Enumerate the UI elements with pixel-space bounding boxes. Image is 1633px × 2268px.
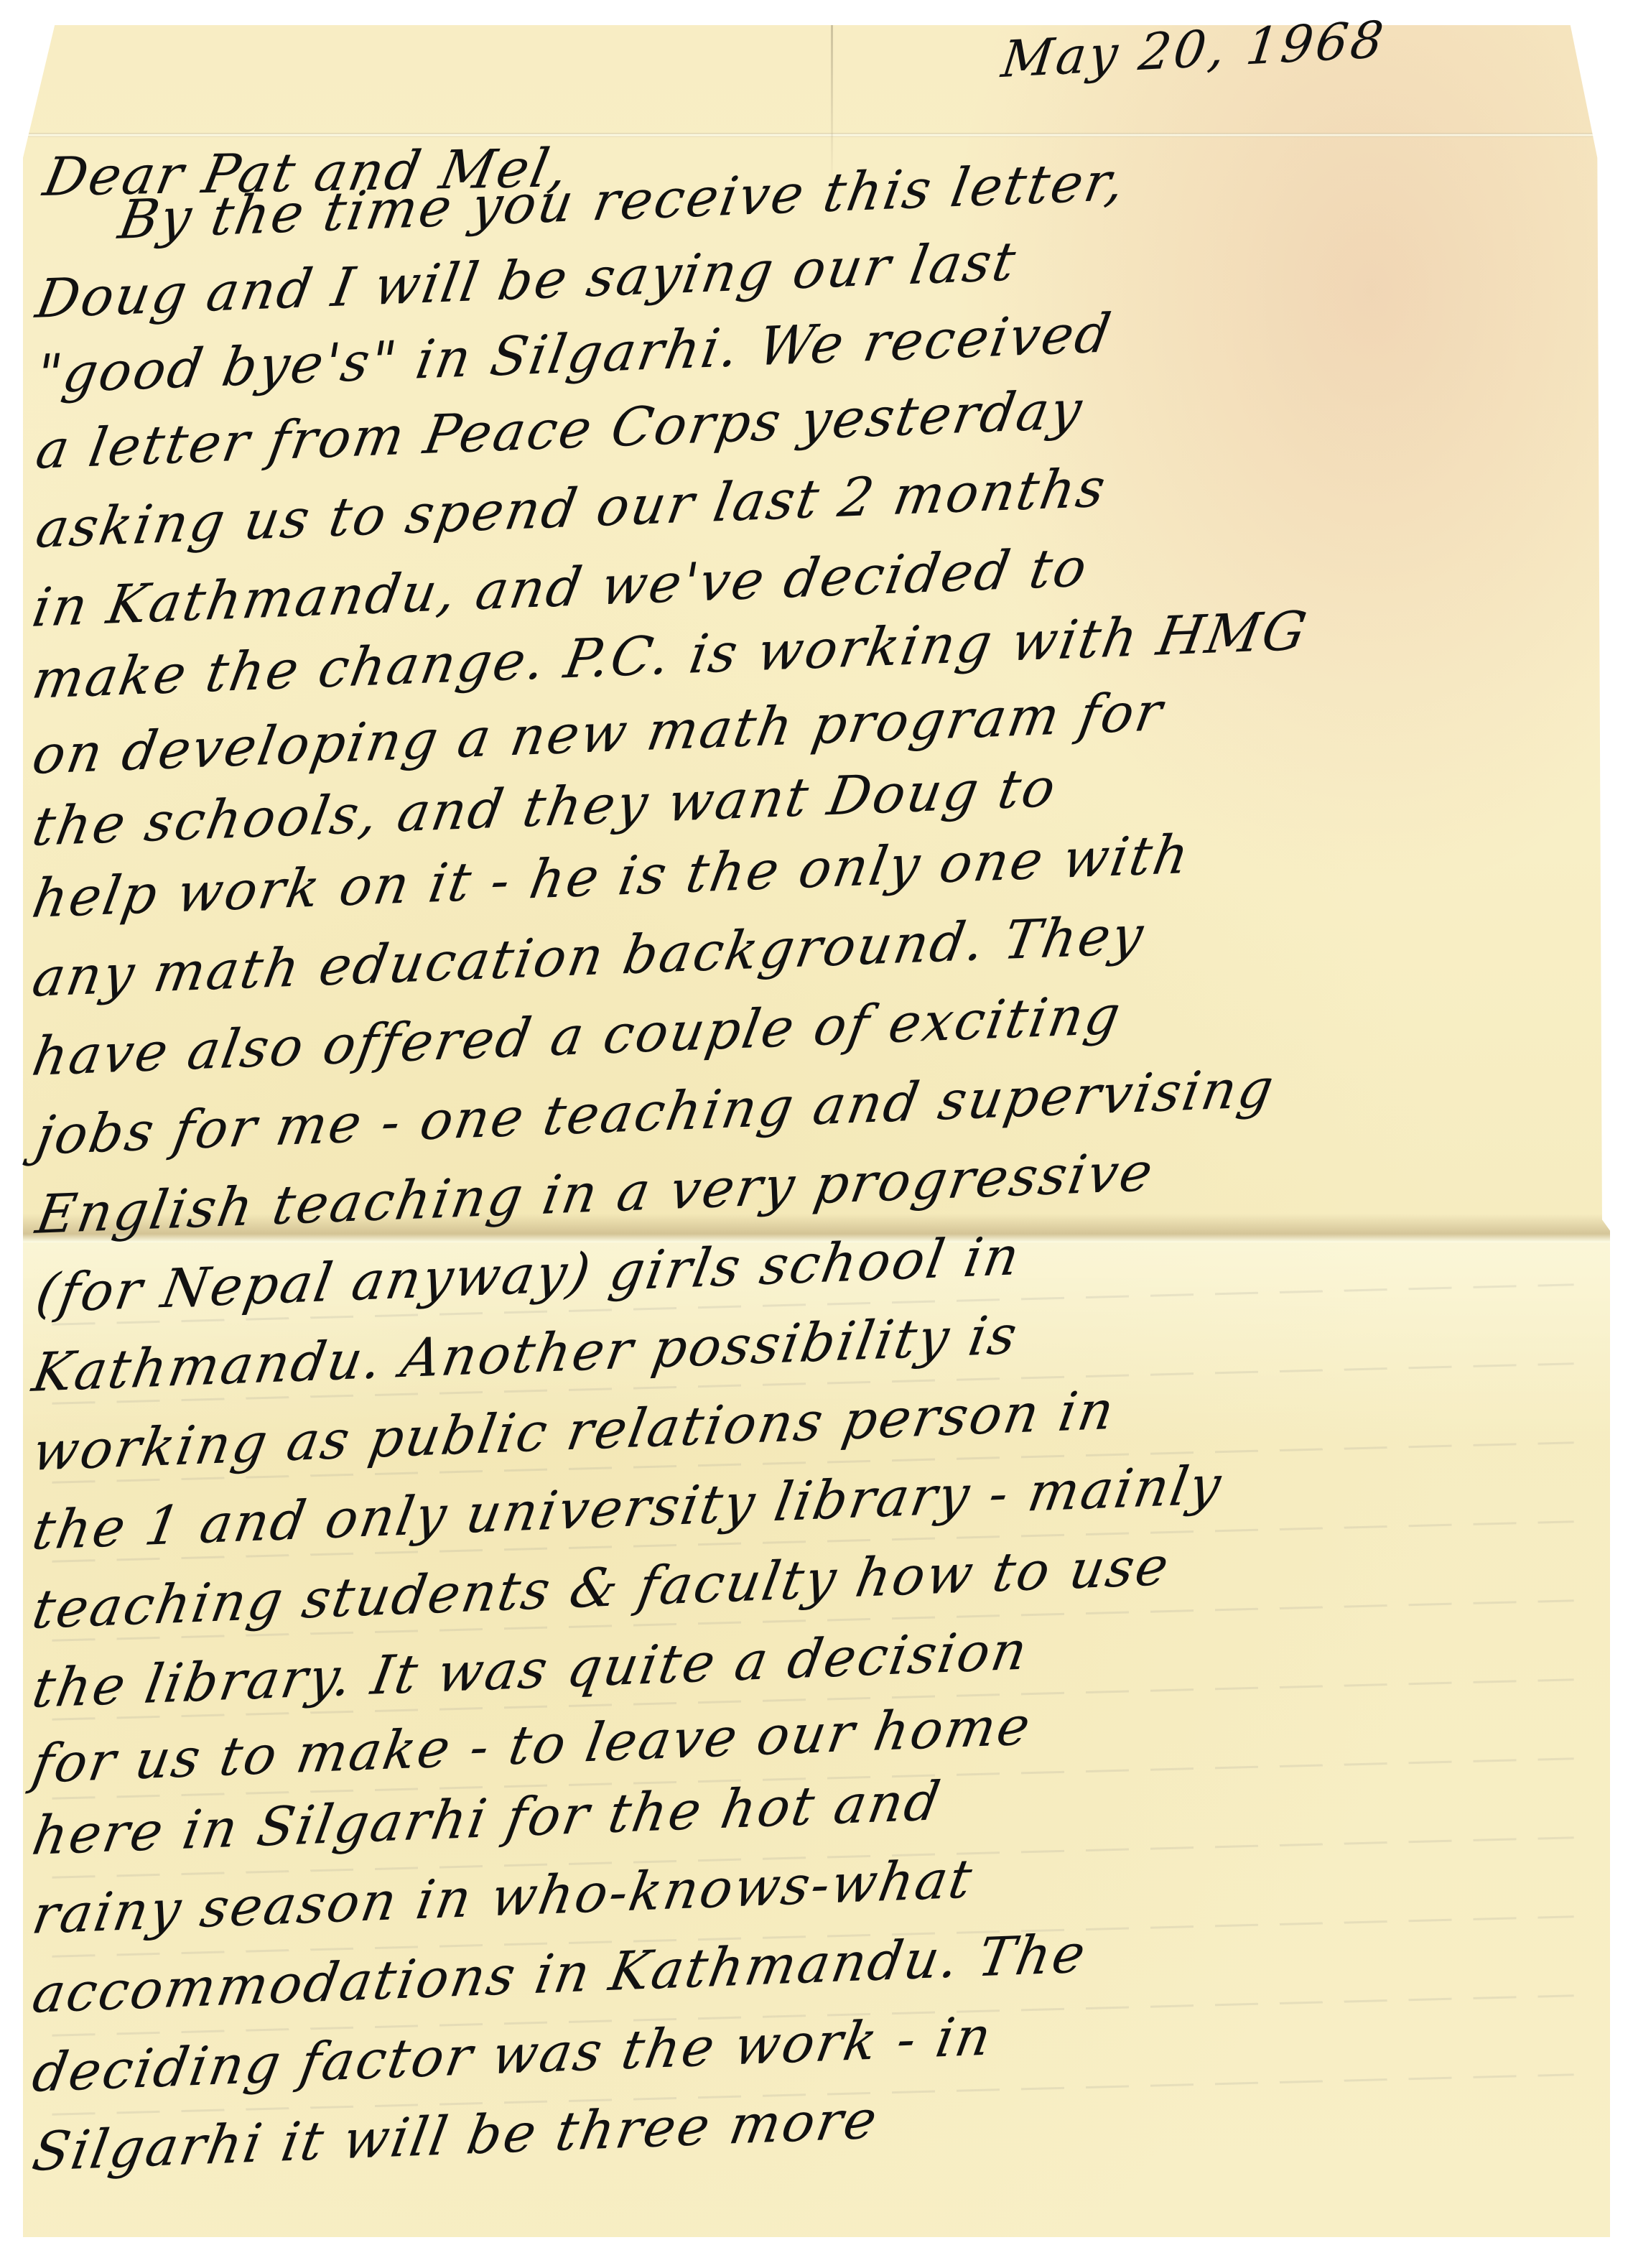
top-fold-crease	[23, 133, 1610, 137]
